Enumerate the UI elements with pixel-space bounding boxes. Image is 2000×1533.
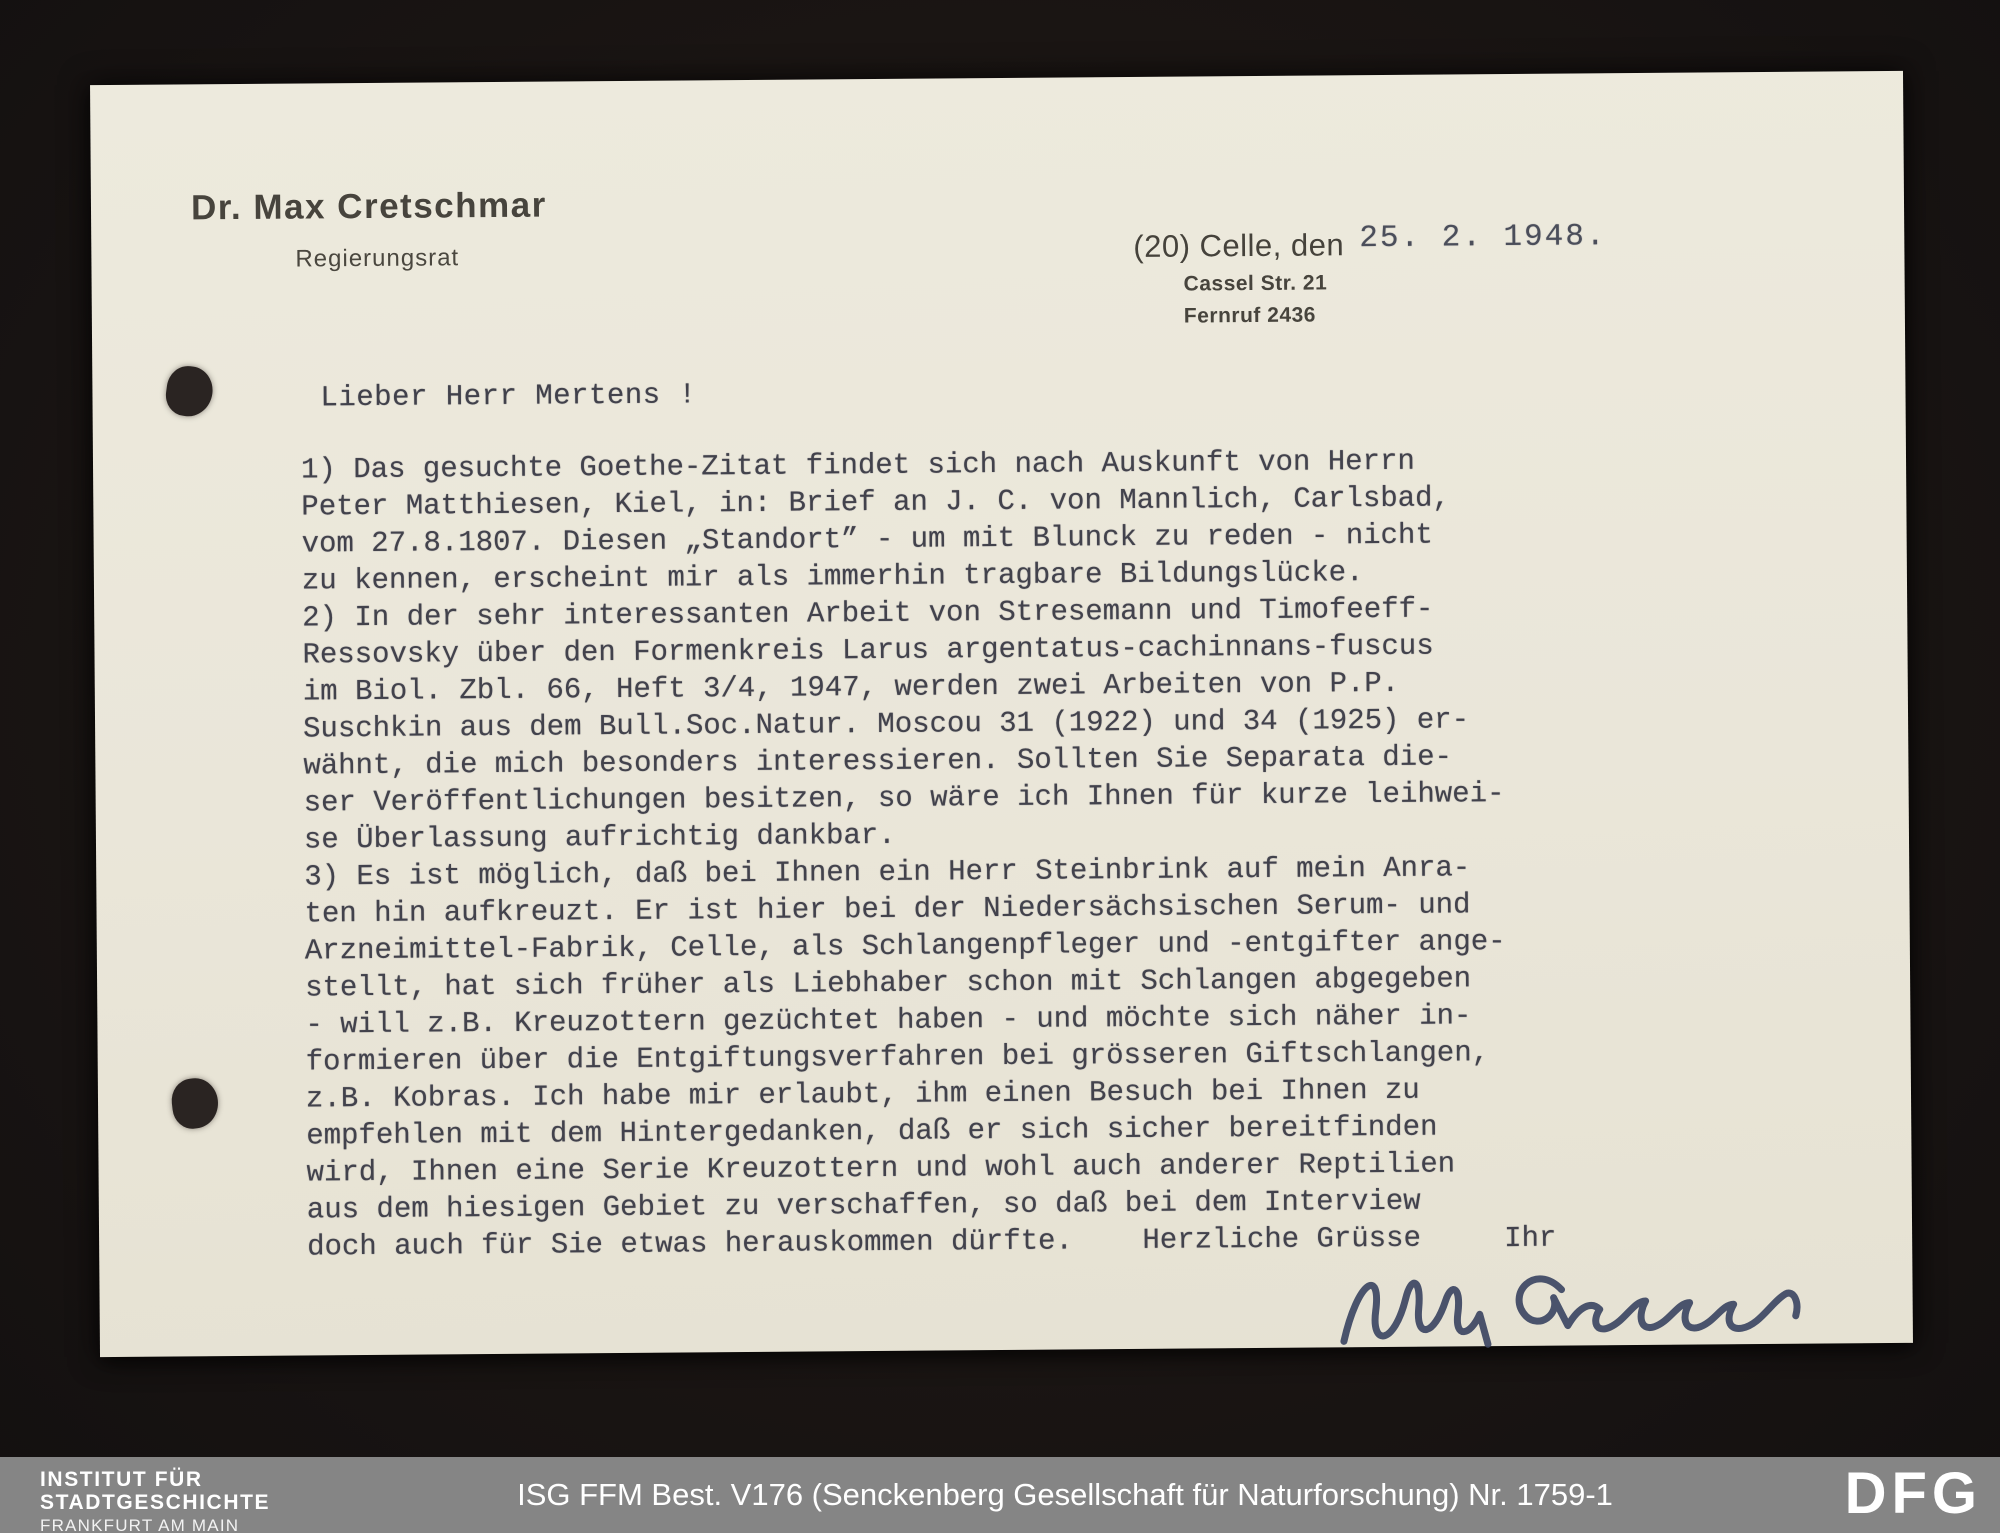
- dfg-logo: DFG: [1845, 1460, 1982, 1527]
- isg-logo-line2: STADTGESCHICHTE: [40, 1491, 270, 1514]
- isg-logo: INSTITUT FÜR STADTGESCHICHTE FRANKFURT A…: [40, 1468, 270, 1533]
- scan-background: Dr. Max Cretschmar Regierungsrat (20) Ce…: [0, 0, 2000, 1533]
- isg-logo-line1: INSTITUT FÜR: [40, 1468, 270, 1491]
- salutation: Lieber Herr Mertens !: [320, 378, 696, 414]
- letter-body: 1) Das gesuchte Goethe-Zitat findet sich…: [301, 442, 1508, 1265]
- letterhead-phone: Fernruf 2436: [1184, 304, 1316, 329]
- letter-page: Dr. Max Cretschmar Regierungsrat (20) Ce…: [90, 71, 1913, 1357]
- handwritten-signature-icon: [1329, 1250, 1810, 1369]
- archive-reference: ISG FFM Best. V176 (Senckenberg Gesellsc…: [517, 1477, 1613, 1513]
- letterhead-street: Cassel Str. 21: [1184, 271, 1328, 296]
- caption-bar: INSTITUT FÜR STADTGESCHICHTE FRANKFURT A…: [0, 1457, 2000, 1533]
- letterhead-title: Regierungsrat: [295, 244, 459, 273]
- closing-label: Ihr: [1504, 1222, 1556, 1255]
- dateline-place: (20) Celle, den: [1133, 227, 1344, 265]
- isg-logo-line3: FRANKFURT AM MAIN: [40, 1515, 270, 1533]
- hole-punch-bottom: [169, 1076, 220, 1131]
- letterhead-name: Dr. Max Cretschmar: [191, 186, 547, 229]
- hole-punch-top: [163, 364, 215, 420]
- dateline-date: 25. 2. 1948.: [1359, 219, 1607, 256]
